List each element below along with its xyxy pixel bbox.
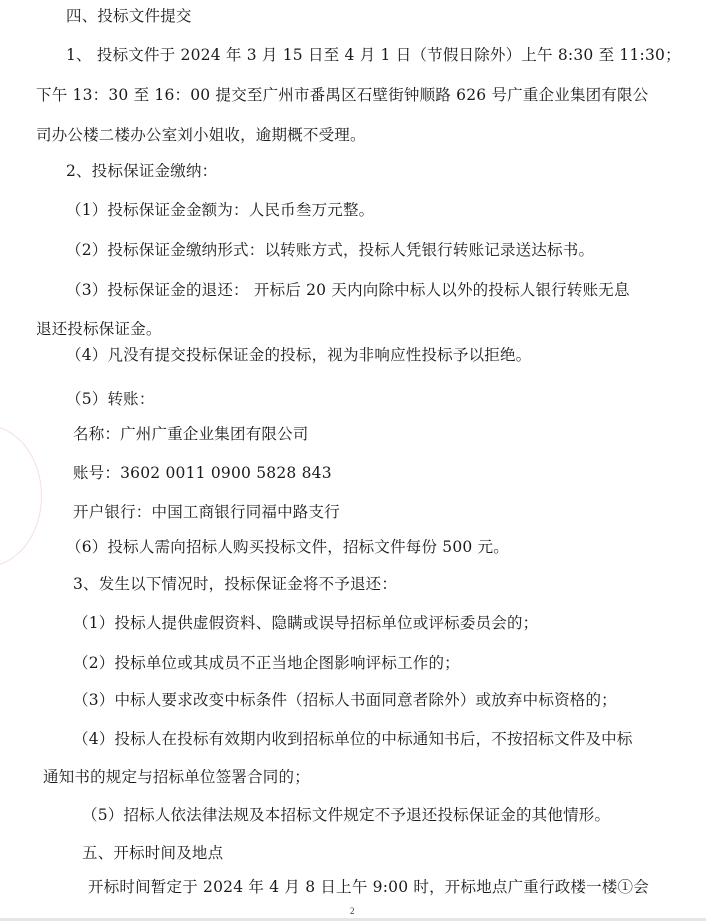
item-3-5: （5）招标人依法律法规及本招标文件规定不予退还投标保证金的其他情形。 [82,805,610,825]
section-4-heading: 四、投标文件提交 [66,6,192,26]
account-name: 名称：广州广重企业集团有限公司 [73,424,309,444]
account-bank: 开户银行：中国工商银行同福中路支行 [73,502,340,522]
item-2-1: （1）投标保证金金额为：人民币叁万元整。 [66,200,374,220]
item-2-3-line2: 退还投标保证金。 [36,319,162,339]
item-2-heading: 2、投标保证金缴纳： [66,161,217,181]
account-number: 账号：3602 0011 0900 5828 843 [73,463,332,483]
paragraph-item1-line1: 1、 投标文件于 2024 年 3 月 15 日至 4 月 1 日（节假日除外）… [66,45,681,65]
item-2-5: （5）转账： [66,389,155,409]
paragraph-item1-line3: 司办公楼二楼办公室刘小姐收，逾期概不受理。 [36,125,366,145]
red-seal-stamp [0,425,42,567]
item-3-1: （1）投标人提供虚假资料、隐瞒或误导招标单位或评标委员会的； [73,613,538,633]
item-3-heading: 3、发生以下情况时，投标保证金将不予退还： [73,574,397,594]
item-2-4: （4）凡没有提交投标保证金的投标，视为非响应性投标予以拒绝。 [66,345,531,365]
item-2-6: （6）投标人需向招标人购买投标文件，招标文件每份 500 元。 [66,537,509,557]
section-5-heading: 五、开标时间及地点 [82,843,223,863]
item-2-2: （2）投标保证金缴纳形式：以转账方式，投标人凭银行转账记录送达标书。 [66,240,594,260]
paragraph-item1-line2: 下午 13：30 至 16：00 提交至广州市番禺区石壁街钟顺路 626 号广重… [36,85,648,105]
item-3-3: （3）中标人要求改变中标条件（招标人书面同意者除外）或放弃中标资格的； [73,690,617,710]
section-5-text: 开标时间暂定于 2024 年 4 月 8 日上午 9:00 时，开标地点广重行政… [88,877,649,897]
page-number: 2 [350,906,355,916]
item-3-4-line2: 通知书的规定与招标单位签署合同的； [43,767,310,787]
item-3-2: （2）投标单位或其成员不正当地企图影响评标工作的； [73,653,460,673]
item-3-4-line1: （4）投标人在投标有效期内收到招标单位的中标通知书后，不按招标文件及中标 [73,729,633,749]
item-2-3-line1: （3）投标保证金的退还： 开标后 20 天内向除中标人以外的投标人银行转账无息 [66,280,630,300]
